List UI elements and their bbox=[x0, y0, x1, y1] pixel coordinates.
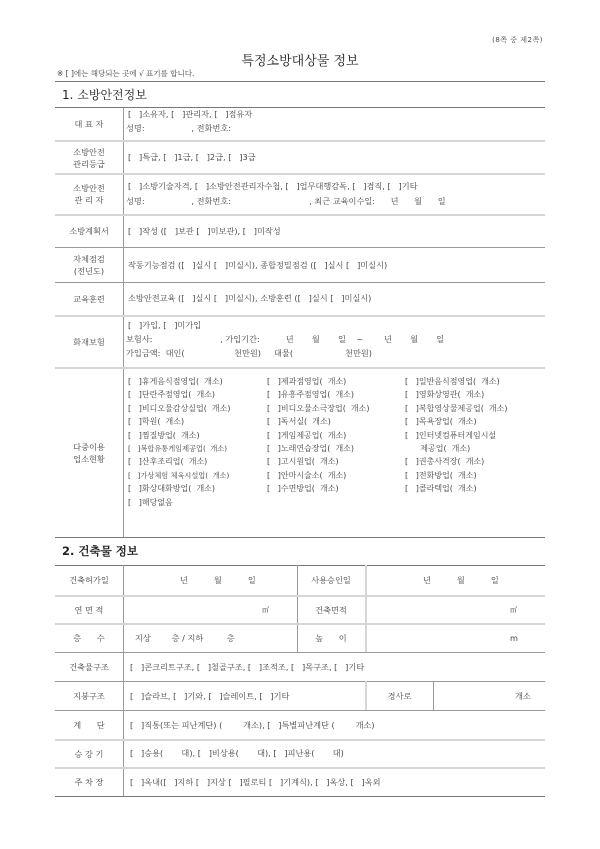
multi-use-option[interactable]: [ ]수면방업( 개소) bbox=[267, 482, 405, 495]
multi-use-row: [ ]학원( 개소) [ ]독서실( 개소) [ ]목욕장업( 개소) bbox=[128, 415, 548, 428]
multi-use-row: [ ]휴게음식점영업( 개소) [ ]제과점영업( 개소) [ ]일반음식점영업… bbox=[128, 375, 548, 388]
height-field[interactable]: m bbox=[510, 624, 518, 652]
divider bbox=[55, 537, 545, 538]
insurance-amount[interactable]: 가입금액: 대인( 천만원) 대물( 천만원) bbox=[126, 347, 372, 361]
page-number: (8쪽 중 제2쪽) bbox=[492, 35, 543, 45]
multi-use-option[interactable]: [ ]게임제공업( 개소) bbox=[267, 429, 405, 442]
label-fire-insurance: 화재보험 bbox=[55, 317, 123, 367]
divider bbox=[55, 173, 545, 175]
divider bbox=[55, 140, 545, 142]
multi-use-option[interactable]: [ ]독서실( 개소) bbox=[267, 415, 405, 428]
multi-use-option[interactable]: [ ]일반음식점영업( 개소) bbox=[405, 375, 500, 388]
multi-use-row: [ ]단란주점영업( 개소) [ ]유흥주점영업( 개소) [ ]영화상영관( … bbox=[128, 388, 548, 401]
multi-use-row: [ ]가상체험 체육시설업( 개소) [ ]안마시술소( 개소) [ ]전화방업… bbox=[128, 469, 548, 482]
multi-use-option[interactable]: [ ]산후조리업( 개소) bbox=[128, 455, 267, 468]
building-structure-options[interactable]: [ ]콘크리트구조, [ ]철골구조, [ ]조적조, [ ]목구조, [ ]기… bbox=[130, 653, 364, 681]
roof-structure-options[interactable]: [ ]슬라브, [ ]기와, [ ]슬레이트, [ ]기타 bbox=[130, 682, 289, 710]
label-safety-manager: 소방안전 관 리 자 bbox=[55, 175, 123, 213]
multi-use-row: [ ]산후조리업( 개소) [ ]고시원업( 개소) [ ]권총사격장( 개소) bbox=[128, 455, 548, 468]
permit-date-field[interactable]: 년 월 일 bbox=[180, 565, 256, 595]
fire-plan-options[interactable]: [ ]작성 ([ ]보관 [ ]미보관), [ ]미작성 bbox=[128, 225, 281, 239]
safety-manager-name-phone-date[interactable]: 성명: , 전화번호: , 최근 교육이수일: 년 월 일 bbox=[126, 195, 446, 209]
floors-field[interactable]: 지상 층 / 지하 층 bbox=[135, 624, 235, 652]
multi-use-option[interactable]: [ ]인터넷컴퓨터게임시설 bbox=[405, 429, 496, 442]
elevator-options[interactable]: [ ]승용( 대), [ ]비상용( 대), [ ]피난용( 대) bbox=[130, 740, 344, 767]
approval-date-field[interactable]: 년 월 일 bbox=[423, 565, 499, 595]
multi-use-option[interactable]: [ ]노래연습장업( 개소) bbox=[267, 442, 405, 455]
safety-grade-options[interactable]: [ ]특급, [ ]1급, [ ]2급, [ ]3급 bbox=[128, 151, 256, 165]
stairs-options[interactable]: [ ]직통(또는 피난계단) ( 개소), [ ]특별피난계단 ( 개소) bbox=[130, 711, 375, 739]
building-area-field[interactable]: ㎡ bbox=[510, 596, 517, 623]
page-title: 특정소방대상물 정보 bbox=[0, 50, 600, 69]
label-safety-grade: 소방안전 관리등급 bbox=[55, 141, 123, 174]
multi-use-option[interactable]: [ ]고시원업( 개소) bbox=[267, 455, 405, 468]
label-parking: 주 차 장 bbox=[55, 768, 123, 796]
label-ramp: 경사로 bbox=[366, 682, 433, 710]
label-self-inspection: 자체점검 (전년도) bbox=[55, 248, 123, 282]
multi-use-option-continued: 제공업( 개소) bbox=[405, 442, 470, 455]
column-divider bbox=[365, 565, 367, 652]
label-total-floor-area: 연 면 적 bbox=[55, 596, 123, 623]
divider bbox=[55, 81, 545, 82]
multi-use-option[interactable]: [ ]가상체험 체육시설업( 개소) bbox=[128, 469, 267, 482]
multi-use-option[interactable]: [ ]유흥주점영업( 개소) bbox=[267, 388, 405, 401]
multi-use-option[interactable]: [ ]학원( 개소) bbox=[128, 415, 267, 428]
label-floors: 층 수 bbox=[55, 624, 123, 652]
multi-use-option[interactable]: [ ]제과점영업( 개소) bbox=[267, 375, 405, 388]
multi-use-option[interactable]: [ ]콜라텍업( 개소) bbox=[405, 482, 477, 495]
divider bbox=[55, 214, 545, 216]
label-height: 높 이 bbox=[297, 624, 365, 652]
instruction-note: ※ [ ]에는 해당되는 곳에 √ 표기를 합니다. bbox=[57, 68, 194, 79]
total-floor-area-field[interactable]: ㎡ bbox=[262, 596, 269, 623]
label-roof-structure: 지붕구조 bbox=[55, 682, 123, 710]
multi-use-option[interactable]: [ ]목욕장업( 개소) bbox=[405, 415, 477, 428]
label-multi-use-business: 다중이용 업소현황 bbox=[55, 369, 123, 537]
label-elevator: 승 강 기 bbox=[55, 740, 123, 767]
multi-use-option[interactable]: [ ]비디오물감상실업( 개소) bbox=[128, 402, 267, 415]
representative-name-phone[interactable]: 성명: , 전화번호: bbox=[126, 122, 231, 136]
insurance-company-period[interactable]: 보험사: , 가입기간: 년 월 일 ~ 년 월 일 bbox=[126, 333, 444, 347]
multi-use-business-grid: [ ]휴게음식점영업( 개소) [ ]제과점영업( 개소) [ ]일반음식점영업… bbox=[128, 375, 548, 509]
divider bbox=[55, 282, 545, 283]
self-inspection-options[interactable]: 작동기능점검 ([ ]실시 [ ]미실시), 종합정밀점검 ([ ]실시 [ ]… bbox=[128, 259, 387, 273]
safety-manager-qualification-options[interactable]: [ ]소방기술자격, [ ]소방안전관리자수첩, [ ]업무대행감독, [ ]겸… bbox=[128, 180, 418, 194]
multi-use-option[interactable]: [ ]화상대화방업( 개소) bbox=[128, 482, 267, 495]
training-options[interactable]: 소방안전교육 ([ ]실시 [ ]미실시), 소방훈련 ([ ]실시 [ ]미실… bbox=[128, 292, 371, 306]
label-training: 교육훈련 bbox=[55, 283, 123, 315]
multi-use-row: [ ]해당없음 bbox=[128, 496, 548, 509]
section1-heading: 1. 소방안전정보 bbox=[62, 86, 147, 103]
multi-use-row: [ ]비디오물감상실업( 개소) [ ]비디오물소극장업( 개소) [ ]복합영… bbox=[128, 402, 548, 415]
label-fire-plan: 소방계획서 bbox=[55, 215, 123, 247]
multi-use-option[interactable]: [ ]찜질방업( 개소) bbox=[128, 429, 267, 442]
divider bbox=[55, 315, 545, 317]
insurance-status-options[interactable]: [ ]가입, [ ]미가입 bbox=[128, 319, 201, 333]
multi-use-option[interactable]: [ ]복합유통게임제공업( 개소) bbox=[128, 442, 267, 455]
column-divider bbox=[433, 681, 434, 710]
label-approval-date: 사용승인일 bbox=[297, 565, 365, 595]
multi-use-option[interactable]: [ ]영화상영관( 개소) bbox=[405, 388, 484, 401]
label-permit-date: 건축허가일 bbox=[55, 565, 123, 595]
multi-use-option[interactable]: [ ]안마시술소( 개소) bbox=[267, 469, 405, 482]
multi-use-option[interactable]: [ ]휴게음식점영업( 개소) bbox=[128, 375, 267, 388]
label-stairs: 계 단 bbox=[55, 711, 123, 739]
section2-heading: 2. 건축물 정보 bbox=[62, 543, 138, 559]
multi-use-option[interactable]: [ ]단란주점영업( 개소) bbox=[128, 388, 267, 401]
label-column-divider bbox=[123, 107, 124, 537]
multi-use-option-none[interactable]: [ ]해당없음 bbox=[128, 496, 267, 509]
multi-use-row: [ ]복합유통게임제공업( 개소) [ ]노래연습장업( 개소) 제공업( 개소… bbox=[128, 442, 548, 455]
divider bbox=[55, 247, 545, 248]
label-representative: 대 표 자 bbox=[55, 107, 123, 140]
multi-use-row: [ ]화상대화방업( 개소) [ ]수면방업( 개소) [ ]콜라텍업( 개소) bbox=[128, 482, 548, 495]
multi-use-option[interactable]: [ ]권총사격장( 개소) bbox=[405, 455, 484, 468]
representative-role-options[interactable]: [ ]소유자, [ ]관리자, [ ]점유자 bbox=[128, 108, 252, 122]
multi-use-row: [ ]찜질방업( 개소) [ ]게임제공업( 개소) [ ]인터넷컴퓨터게임시설 bbox=[128, 429, 548, 442]
multi-use-option[interactable]: [ ]전화방업( 개소) bbox=[405, 469, 477, 482]
ramp-count-field[interactable]: 개소 bbox=[515, 682, 531, 710]
label-building-area: 건축면적 bbox=[297, 596, 365, 623]
divider bbox=[55, 367, 545, 369]
label-building-structure: 건축물구조 bbox=[55, 653, 123, 681]
divider bbox=[55, 796, 545, 797]
multi-use-option[interactable]: [ ]비디오물소극장업( 개소) bbox=[267, 402, 405, 415]
divider bbox=[55, 681, 545, 682]
multi-use-option[interactable]: [ ]복합영상물제공업( 개소) bbox=[405, 402, 507, 415]
parking-options[interactable]: [ ]옥내([ ]지하 [ ]지상 [ ]필로티 [ ]기계식), [ ]옥상,… bbox=[130, 768, 381, 796]
